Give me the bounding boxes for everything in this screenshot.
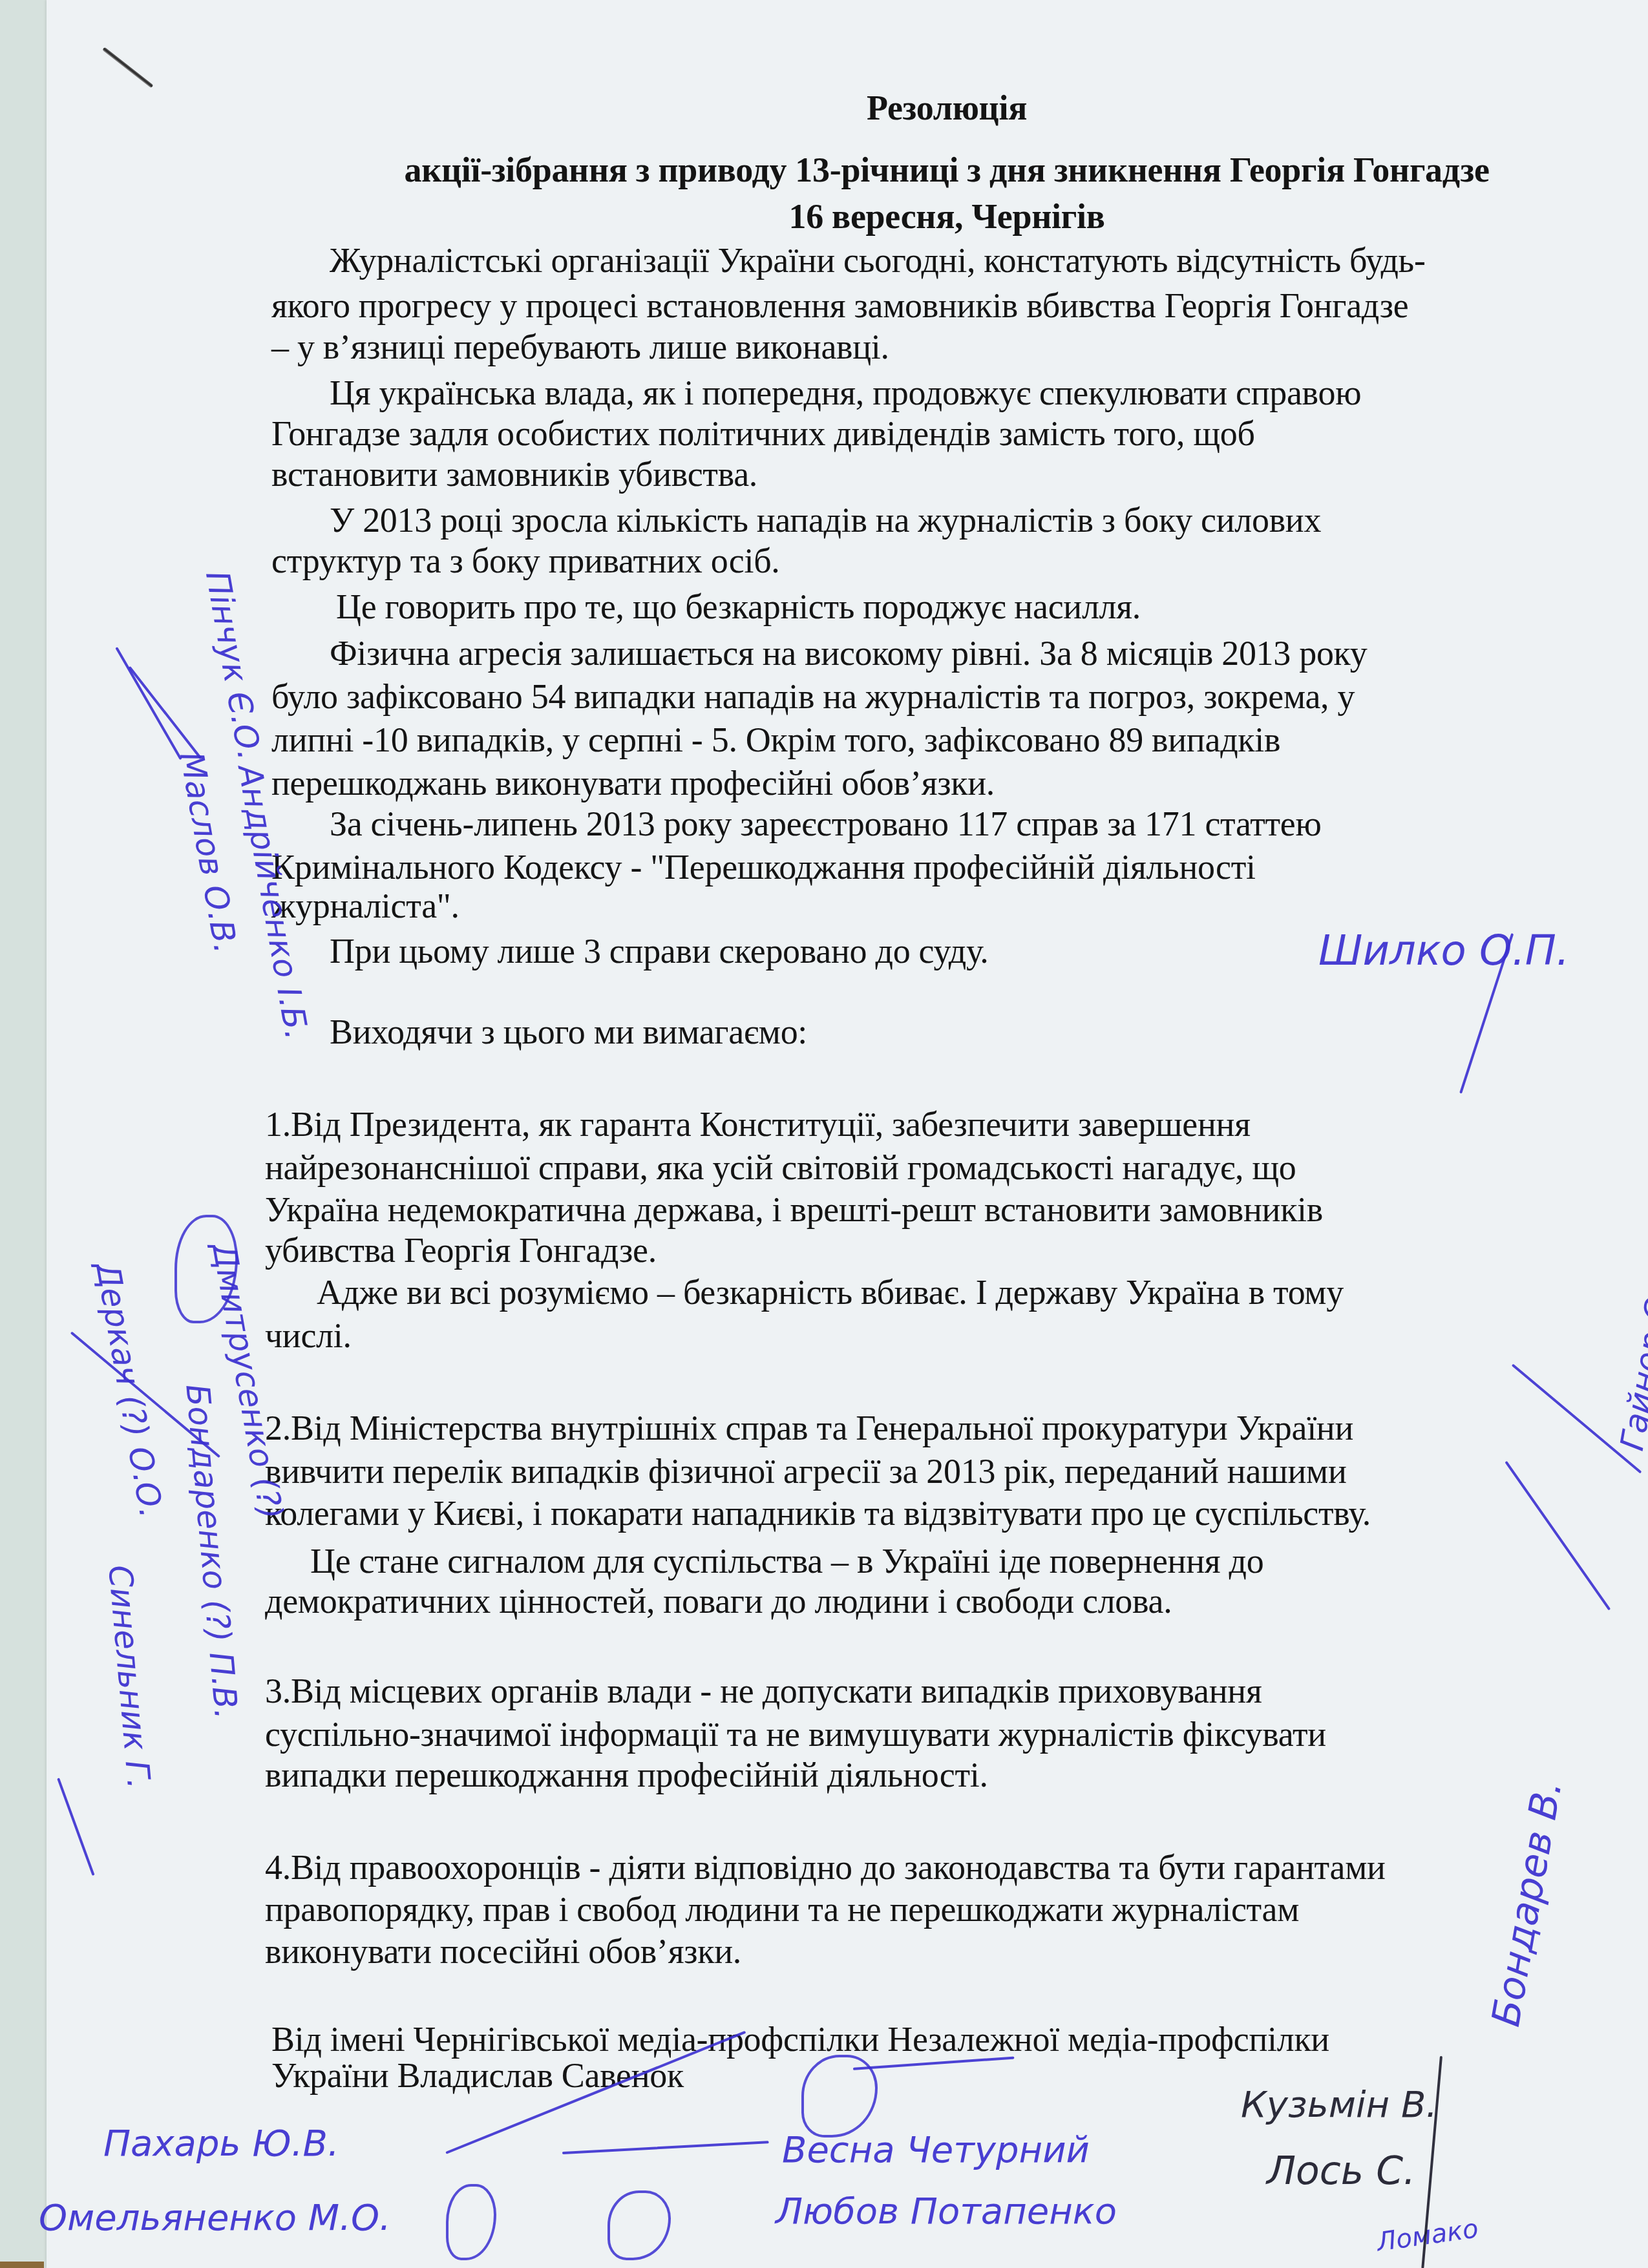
signature-bottom-1: Пахарь Ю.В.: [103, 2126, 339, 2162]
demand-1: 1.Від Президента, як гаранта Конституції…: [265, 1107, 1251, 1142]
demand-2-line: демократичних цінностей, поваги до людин…: [265, 1584, 1172, 1619]
demand-3: 3.Від місцевих органів влади - не допуск…: [265, 1674, 1262, 1708]
demand-2-line: колегами у Києві, і покарати нападників …: [265, 1496, 1371, 1531]
closing-signatory: України Владислав Савенок: [271, 2058, 684, 2093]
body-line: Гонгадзе задля особистих політичних диві…: [271, 416, 1255, 451]
body-line: журналіста".: [271, 888, 460, 923]
signature-bottom-2: Омельяненко М.О.: [39, 2200, 391, 2236]
body-line: Фізична агресія залишається на високому …: [330, 636, 1367, 671]
document-title: Резолюція: [867, 90, 1027, 125]
body-line: якого прогресу у процесі встановлення за…: [271, 288, 1408, 323]
demand-1-line: найрезонанснішої справи, яка усій світов…: [265, 1150, 1296, 1185]
demand-1-line: числі.: [265, 1318, 352, 1353]
demand-3-line: випадки перешкоджання професійній діяльн…: [265, 1758, 988, 1792]
body-line: липні -10 випадків, у серпні - 5. Окрім …: [271, 722, 1280, 757]
body-line: За січень-липень 2013 року зареєстровано…: [330, 806, 1322, 841]
body-line: Ця українська влада, як і попередня, про…: [330, 375, 1361, 410]
body-line: було зафіксовано 54 випадки нападів на ж…: [271, 679, 1355, 714]
demand-4: 4.Від правоохоронців - діяти відповідно …: [265, 1850, 1386, 1885]
body-line: перешкоджань виконувати професійні обов’…: [271, 766, 995, 801]
demand-1-line: убивства Георгія Гонгадзе.: [265, 1233, 657, 1268]
body-line: структур та з боку приватних осіб.: [271, 543, 780, 578]
signature-bottom-3: Весна Четурний: [782, 2132, 1090, 2168]
body-line: Кримінального Кодексу - "Перешкоджання п…: [271, 850, 1256, 885]
document-subtitle: акції-зібрання з приводу 13-річниці з дн…: [404, 152, 1489, 187]
body-line: У 2013 році зросла кількість нападів на …: [330, 503, 1321, 538]
closing-line: Від імені Чернігівської медіа-профспілки…: [271, 2022, 1329, 2057]
demand-3-line: суспільно-значимої інформації та не виму…: [265, 1717, 1326, 1752]
body-line: встановити замовників убивства.: [271, 457, 757, 492]
body-line: – у в’язниці перебувають лише виконавці.: [271, 330, 889, 364]
demand-2-line: вивчити перелік випадків фізичної агресі…: [265, 1454, 1346, 1489]
demand-4-line: виконувати посесійні обов’язки.: [265, 1934, 741, 1969]
signature-bottom-5: Кузьмін В.: [1241, 2087, 1437, 2123]
document-date-place: 16 вересня, Чернігів: [788, 199, 1104, 234]
signature-bottom-4: Любов Потапенко: [776, 2194, 1117, 2230]
demand-2: 2.Від Міністерства внутрішніх справ та Г…: [265, 1411, 1353, 1445]
demand-1-line: Україна недемократична держава, і врешті…: [265, 1192, 1323, 1227]
demand-4-line: правопорядку, прав і свобод людини та не…: [265, 1892, 1299, 1927]
body-line: При цьому лише 3 справи скеровано до суд…: [330, 934, 988, 969]
demand-2-line: Це стане сигналом для суспільства – в Ук…: [310, 1544, 1263, 1579]
scan-edge: [0, 2262, 44, 2268]
body-line: Виходячи з цього ми вимагаємо:: [330, 1014, 807, 1049]
body-line: Журналістські організації України сьогод…: [330, 243, 1426, 278]
demand-1-line: Адже ви всі розуміємо – безкарність вбив…: [317, 1275, 1344, 1310]
signature-right-1: Шилко О.П.: [1318, 930, 1569, 972]
body-line: Це говорить про те, що безкарність пород…: [336, 589, 1141, 624]
signature-bottom-6: Лось С.: [1267, 2152, 1415, 2190]
